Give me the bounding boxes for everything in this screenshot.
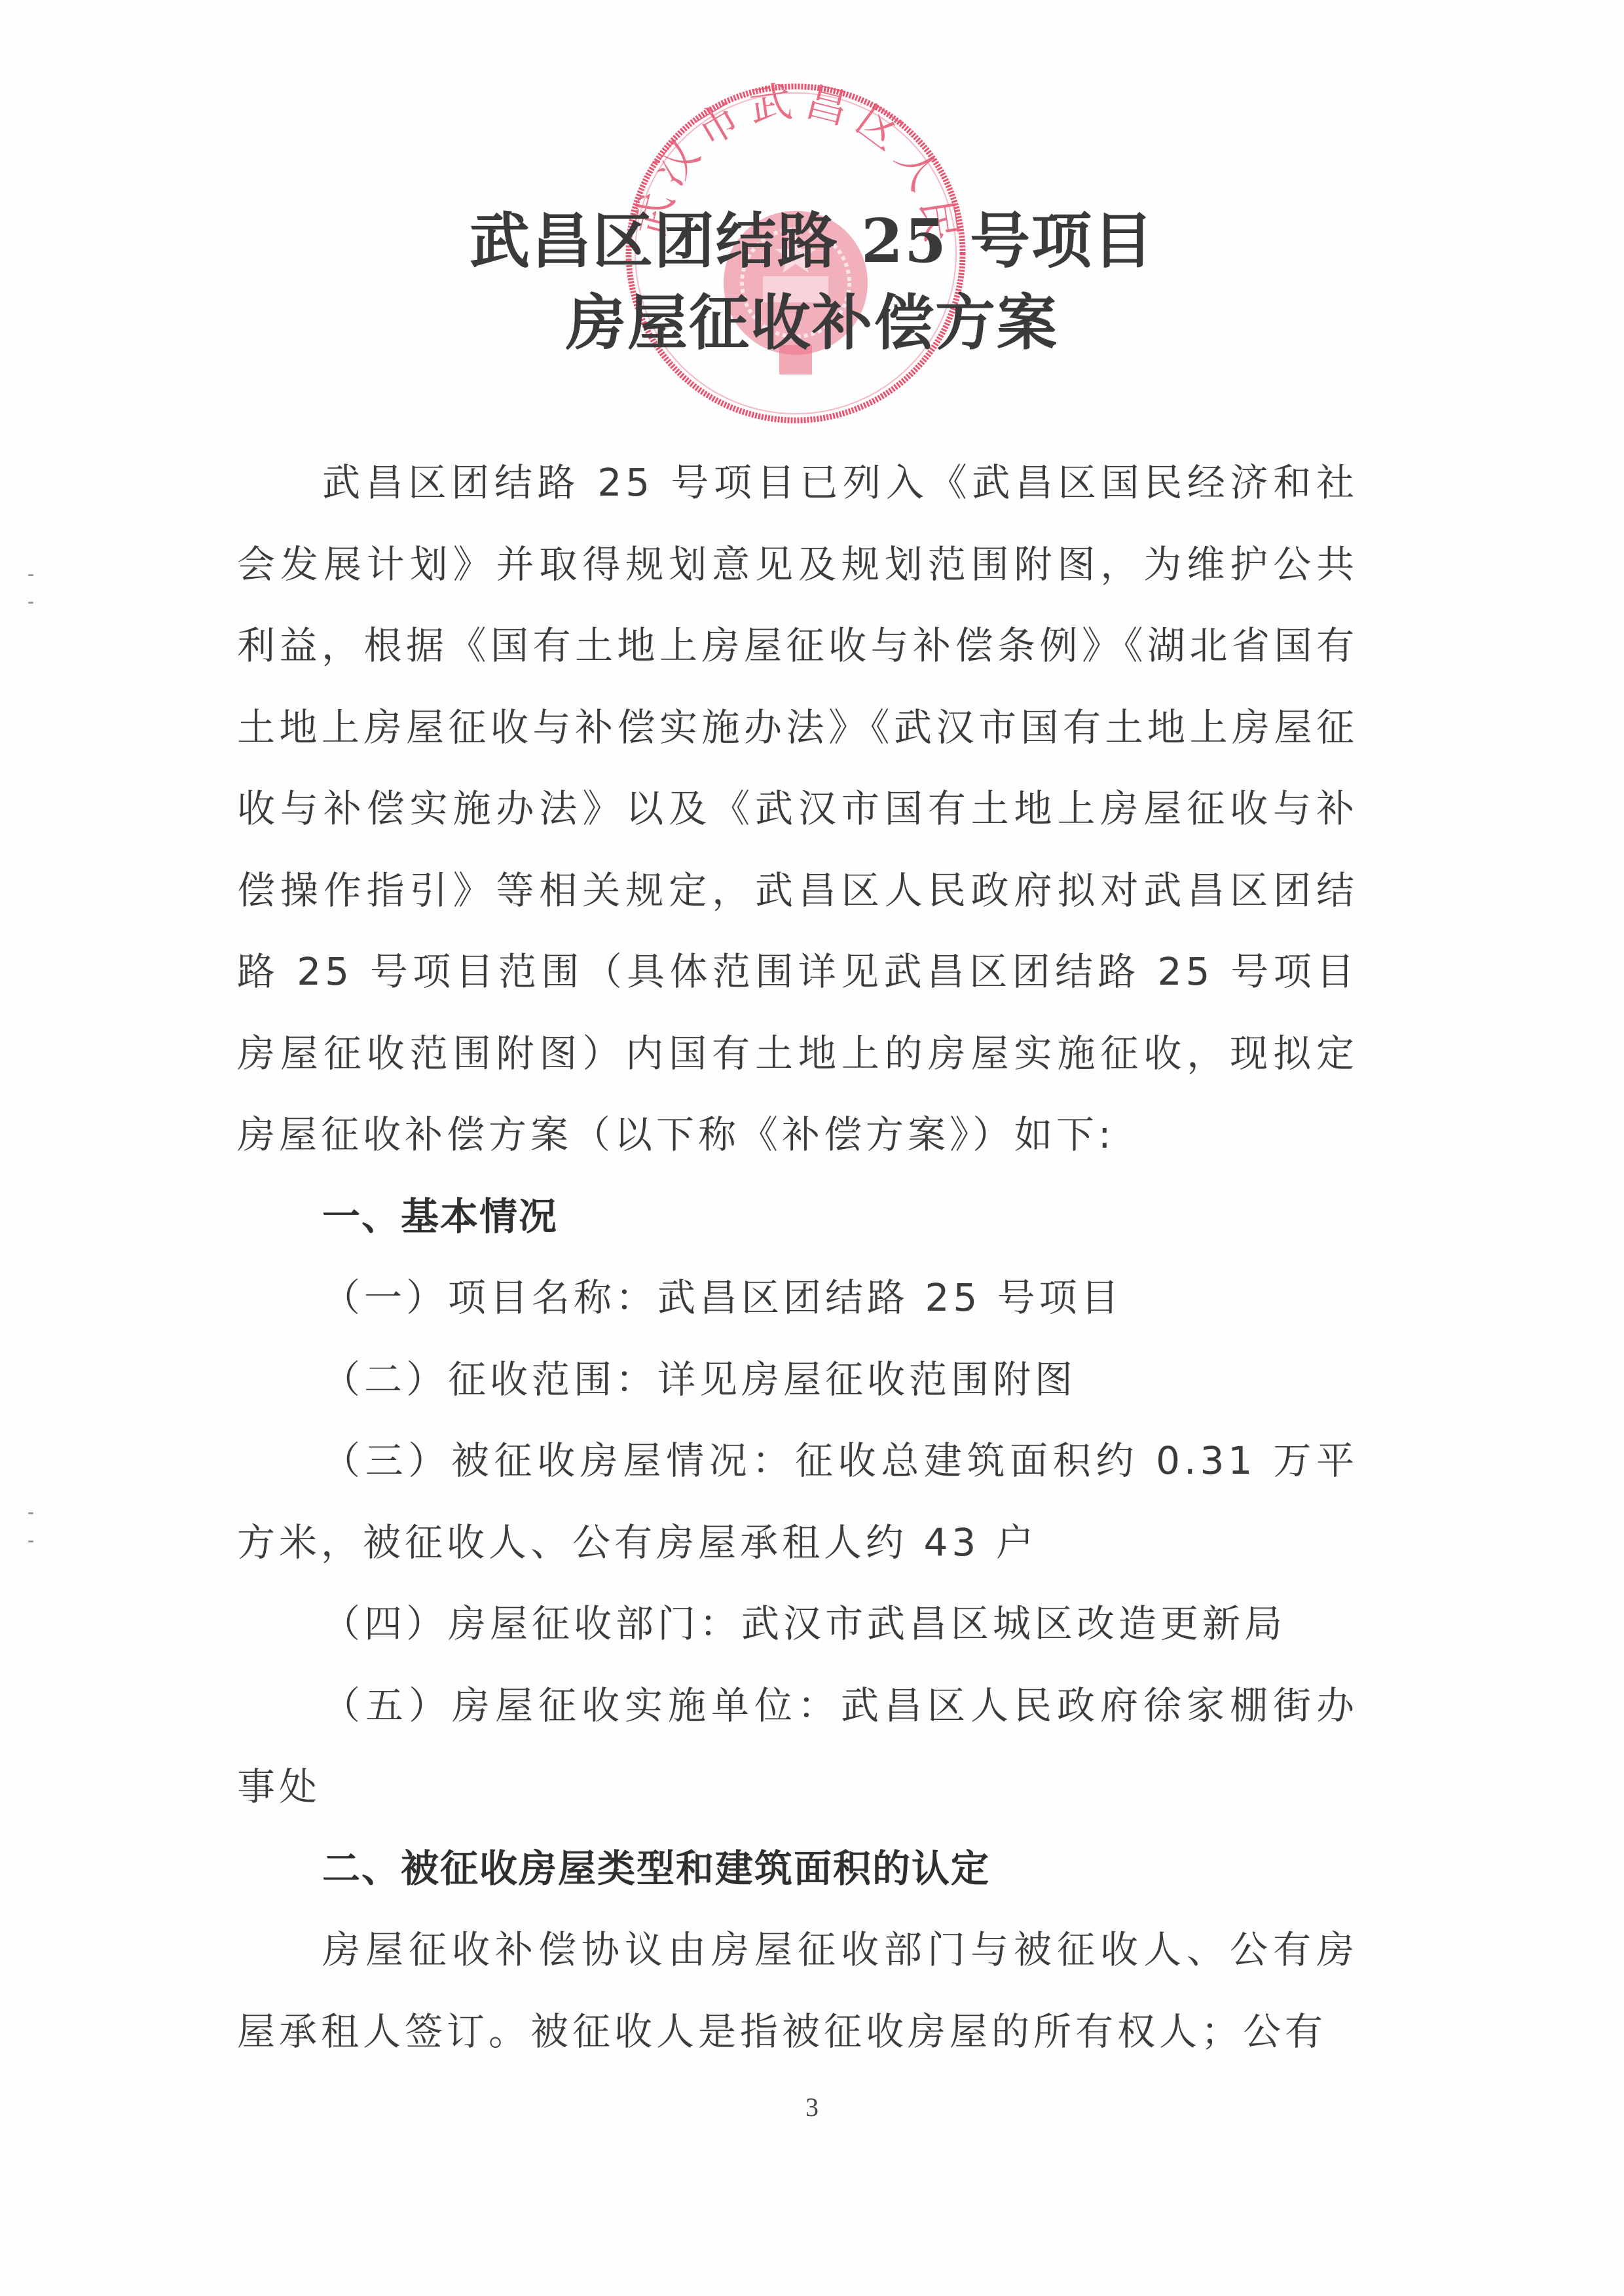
item-expropriation-department: （四）房屋征收部门：武汉市武昌区城区改造更新局 <box>237 1583 1358 1665</box>
scan-mark <box>28 574 33 576</box>
document-title-line2: 房屋征收补偿方案 <box>0 275 1624 361</box>
document-page: 武汉市武昌区人民政府 武昌区团结路 25 号项目 房屋征收补偿方案 武昌区团结路… <box>0 0 1624 2296</box>
page-number: 3 <box>0 2092 1624 2123</box>
section2-paragraph: 房屋征收补偿协议由房屋征收部门与被征收人、公有房屋承租人签订。被征收人是指被征收… <box>237 1909 1358 2072</box>
item-housing-situation: （三）被征收房屋情况：征收总建筑面积约 0.31 万平方米，被征收人、公有房屋承… <box>237 1420 1358 1583</box>
item-implementing-unit: （五）房屋征收实施单位：武昌区人民政府徐家棚街办事处 <box>237 1665 1358 1828</box>
scan-mark <box>28 1540 33 1542</box>
section-heading-housing-type: 二、被征收房屋类型和建筑面积的认定 <box>237 1828 1358 1910</box>
document-body: 武昌区团结路 25 号项目已列入《武昌区国民经济和社会发展计划》并取得规划意见及… <box>237 442 1358 2072</box>
item-expropriation-scope: （二）征收范围：详见房屋征收范围附图 <box>237 1339 1358 1421</box>
document-title-line1: 武昌区团结路 25 号项目 <box>0 193 1624 280</box>
intro-paragraph: 武昌区团结路 25 号项目已列入《武昌区国民经济和社会发展计划》并取得规划意见及… <box>237 442 1358 1176</box>
scan-mark <box>28 602 33 604</box>
section-heading-basic-info: 一、基本情况 <box>237 1176 1358 1258</box>
item-project-name: （一）项目名称：武昌区团结路 25 号项目 <box>237 1257 1358 1339</box>
scan-mark <box>28 1512 33 1514</box>
